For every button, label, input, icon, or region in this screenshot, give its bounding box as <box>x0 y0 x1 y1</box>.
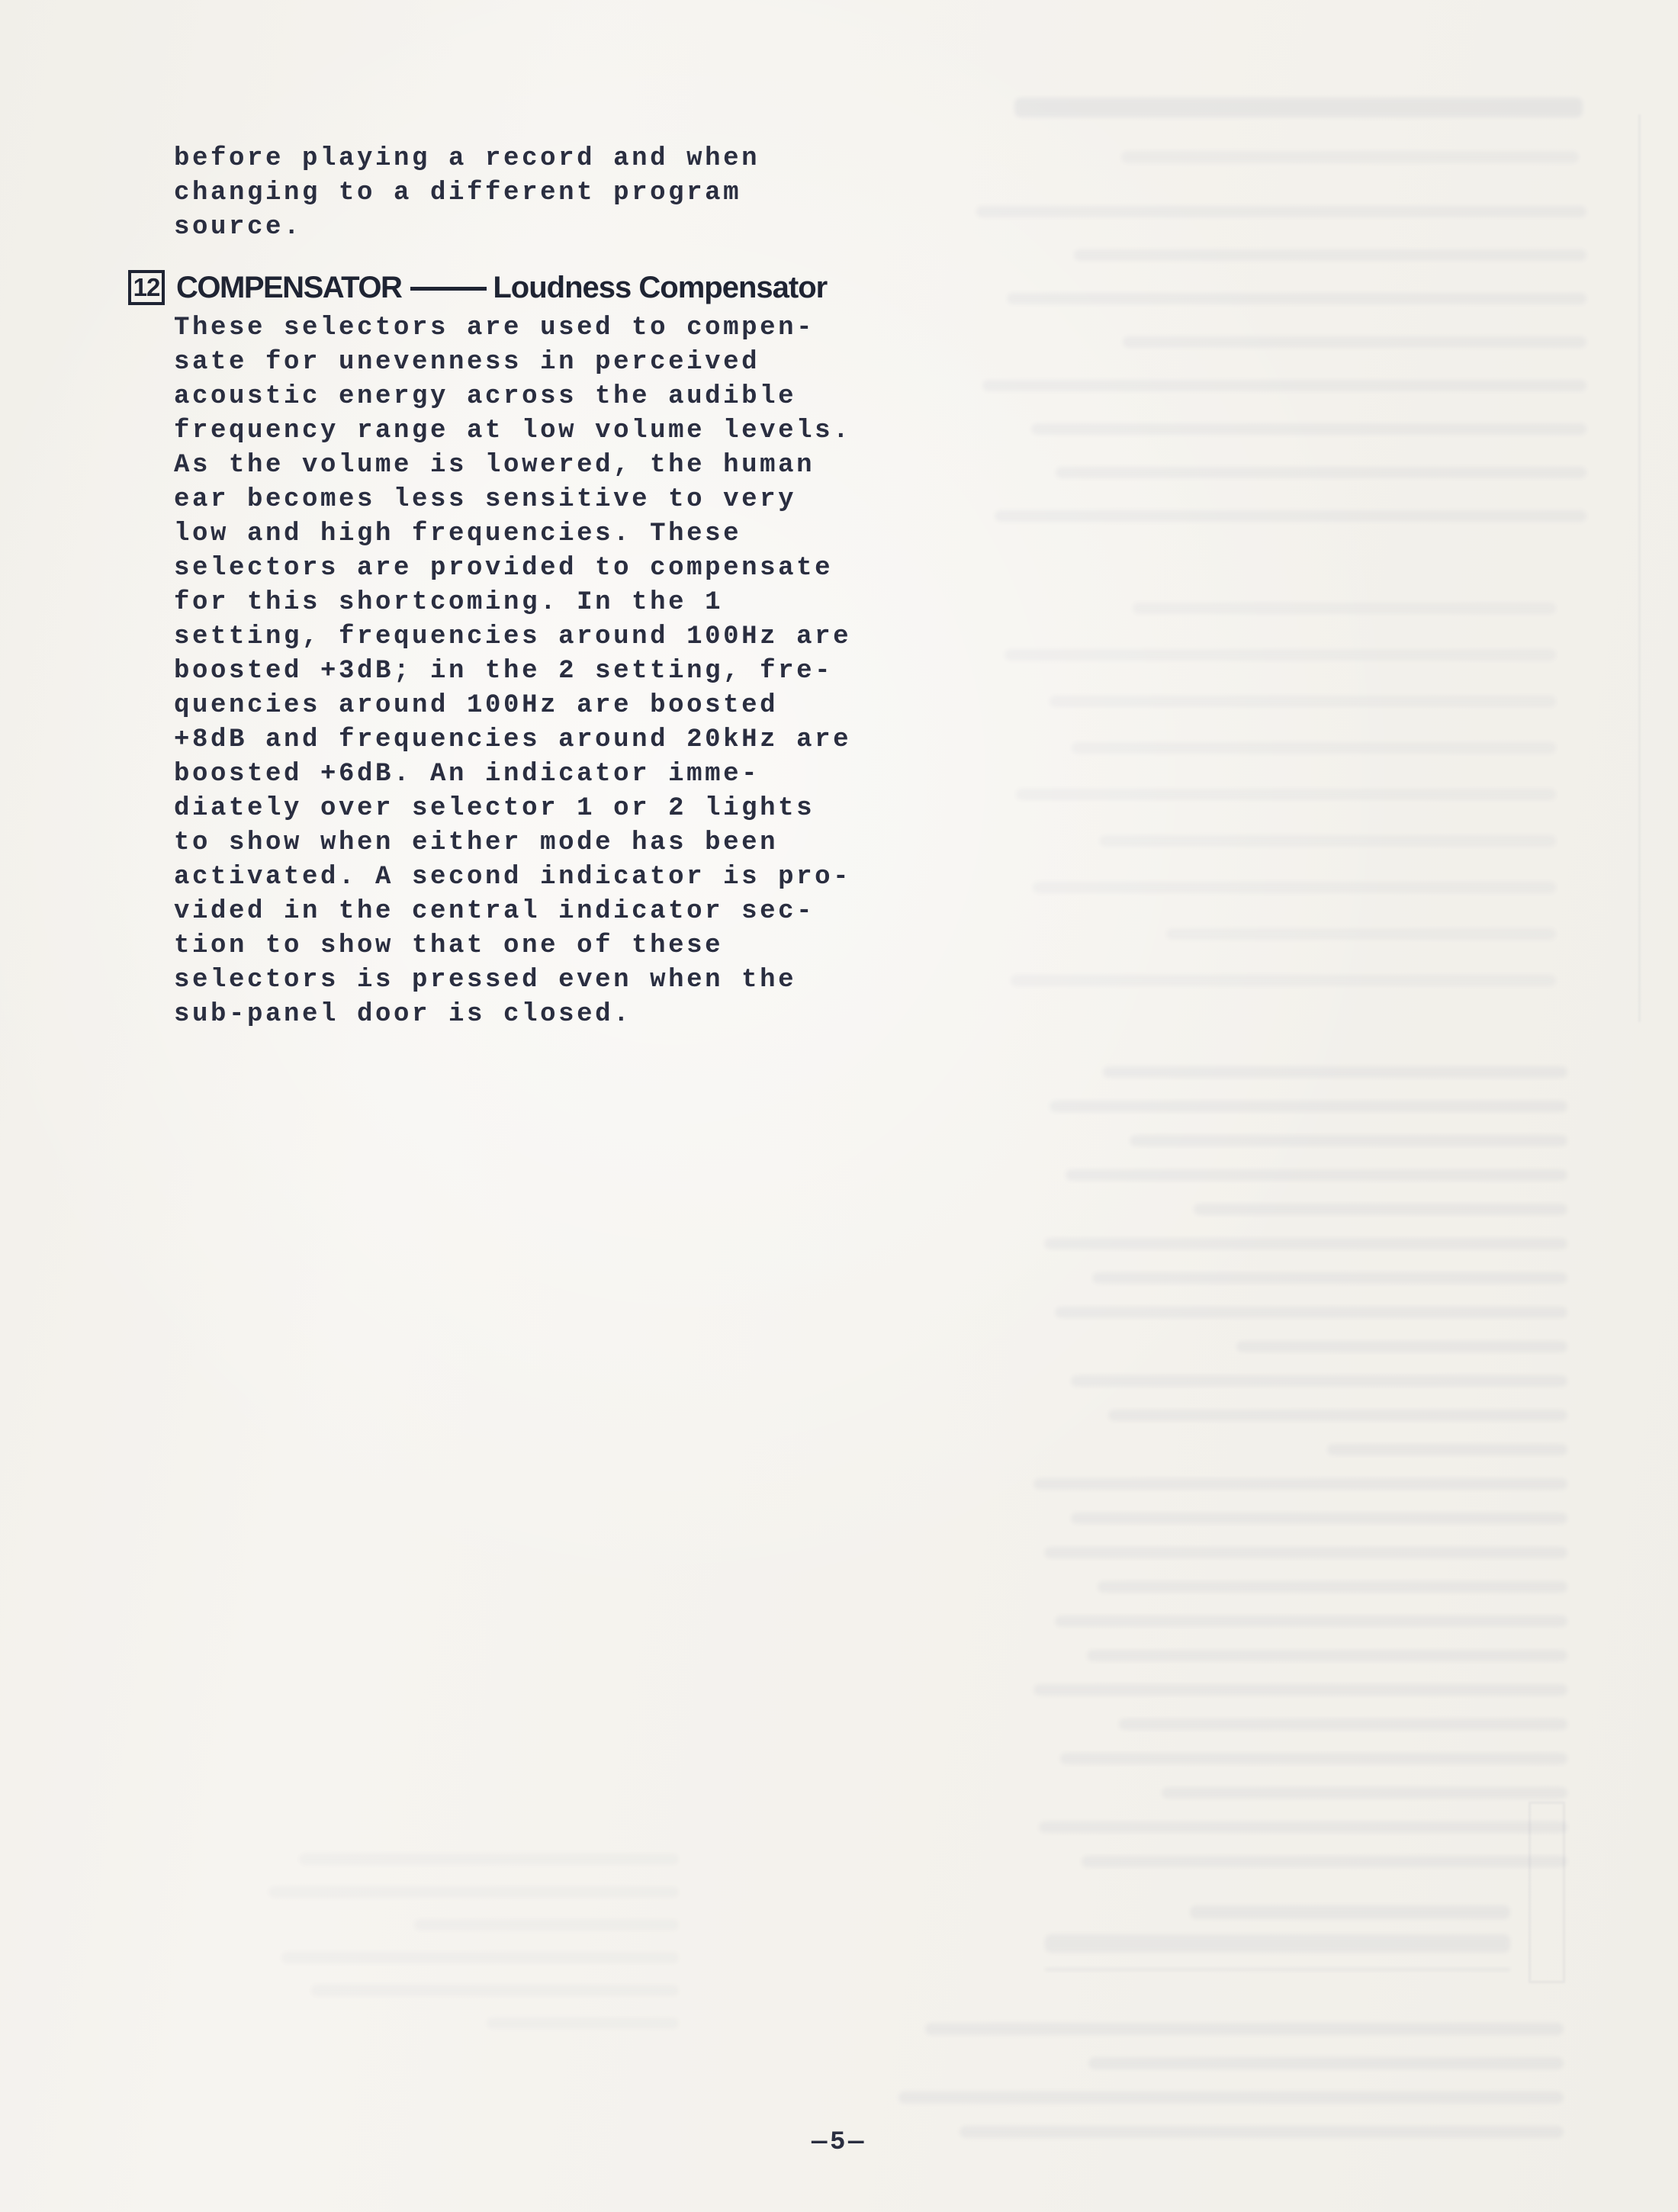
bleedthrough-text-block <box>885 2023 1564 2138</box>
bleedthrough-line <box>1044 1547 1567 1558</box>
bleedthrough-line <box>1071 1375 1567 1387</box>
bleedthrough-line <box>1072 742 1556 754</box>
page-number: —5— <box>812 2128 866 2157</box>
bleedthrough-line <box>982 380 1586 391</box>
heading-dash-rule <box>410 287 487 291</box>
bleedthrough-line <box>1056 467 1586 478</box>
paper-edge-line <box>1638 114 1641 1022</box>
bleedthrough-line <box>995 510 1586 522</box>
bleedthrough-line <box>1166 928 1556 940</box>
bleedthrough-line <box>414 1919 679 1931</box>
bleedthrough-line <box>925 2023 1564 2035</box>
bleedthrough-line <box>1016 789 1556 800</box>
bleedthrough-line <box>299 1854 679 1865</box>
bleedthrough-line <box>1194 1204 1567 1215</box>
bleedthrough-line <box>1033 882 1556 893</box>
bleedthrough-text-block <box>976 206 1586 522</box>
scanned-manual-page: before playing a record and when changin… <box>0 0 1678 2212</box>
bleedthrough-line <box>1050 1101 1567 1112</box>
bleedthrough-line <box>976 206 1586 217</box>
item-number-box: 12 <box>128 270 165 305</box>
bleedthrough-line <box>1098 1581 1567 1593</box>
bleedthrough-line <box>1066 1169 1567 1181</box>
bleedthrough-line <box>1071 1513 1567 1524</box>
bleedthrough-line <box>1050 696 1556 707</box>
bleedthrough-line <box>1123 336 1586 348</box>
bleedthrough-line <box>1121 151 1579 163</box>
bleedthrough-line <box>1055 1616 1567 1627</box>
bleedthrough-line <box>1055 1307 1567 1318</box>
bleedthrough-line <box>1162 1787 1567 1799</box>
bleedthrough-line <box>1060 1753 1567 1764</box>
bleedthrough-line <box>1327 1444 1567 1455</box>
bleedthrough-line <box>1087 1650 1567 1661</box>
bleedthrough-line <box>1119 1718 1567 1730</box>
bleedthrough-line <box>1007 293 1586 304</box>
bleedthrough-title-line <box>1014 98 1583 117</box>
item-title: COMPENSATOR <box>176 271 401 305</box>
bleedthrough-line <box>1005 649 1556 661</box>
item-heading: 12 COMPENSATOR Loudness Compensator <box>128 270 827 305</box>
bleedthrough-text-block <box>999 603 1556 986</box>
intro-paragraph: before playing a record and when changin… <box>174 142 760 245</box>
bleedthrough-line <box>1033 1478 1567 1490</box>
bleedthrough-line <box>1039 1821 1567 1833</box>
bleedthrough-line <box>1133 603 1556 614</box>
bleedthrough-line <box>268 1886 679 1898</box>
bleedthrough-line <box>1092 1272 1567 1284</box>
bleedthrough-text-block <box>252 1854 679 2029</box>
bleedthrough-line <box>311 1985 679 1996</box>
bleedthrough-line <box>487 2017 679 2029</box>
bleedthrough-list-block <box>1033 1066 1567 1867</box>
item-body-paragraph: These selectors are used to compen- sate… <box>174 311 851 1032</box>
bleedthrough-line <box>1033 1684 1567 1696</box>
bleedthrough-line <box>1190 1905 1510 1919</box>
bleedthrough-line <box>1121 151 1579 163</box>
bleedthrough-heading-block <box>1045 1905 1510 1971</box>
bleedthrough-line <box>1088 2057 1564 2069</box>
bleedthrough-line <box>1099 835 1556 847</box>
bleedthrough-line <box>1031 423 1586 435</box>
bleedthrough-box <box>1529 1802 1565 1983</box>
bleedthrough-line <box>1014 98 1583 117</box>
bleedthrough-line <box>1108 1410 1567 1421</box>
item-subtitle: Loudness Compensator <box>493 271 827 305</box>
bleedthrough-line <box>1236 1341 1567 1352</box>
bleedthrough-line <box>1011 975 1556 986</box>
bleedthrough-line <box>1045 1934 1510 1953</box>
bleedthrough-line <box>1103 1066 1567 1078</box>
bleedthrough-line <box>898 2091 1564 2104</box>
bleedthrough-underline <box>1045 1968 1510 1971</box>
bleedthrough-line <box>281 1952 679 1963</box>
bleedthrough-line <box>1044 1238 1567 1249</box>
bleedthrough-line <box>960 2126 1564 2138</box>
bleedthrough-line <box>1074 249 1586 261</box>
bleedthrough-line <box>1082 1856 1567 1867</box>
bleedthrough-line <box>1130 1135 1567 1146</box>
